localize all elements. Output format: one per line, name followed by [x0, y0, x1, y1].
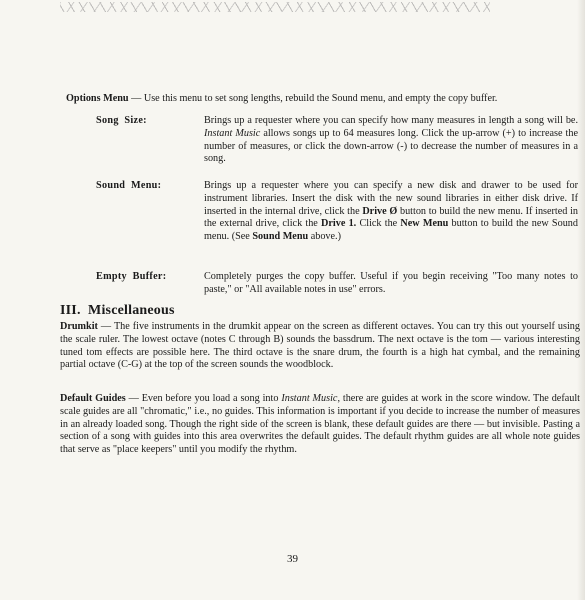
text-segment: New Menu	[400, 218, 448, 229]
definition-term: Sound Menu:	[96, 180, 161, 193]
text-segment: Instant Music	[204, 128, 260, 139]
definition-description: Completely purges the copy buffer. Usefu…	[204, 271, 578, 297]
options-menu-dash: —	[129, 93, 144, 104]
halftone-decoration	[60, 2, 490, 12]
page-number: 39	[0, 553, 585, 565]
paragraph-drumkit: Drumkit — The five instruments in the dr…	[60, 321, 580, 372]
paragraph-lead: Drumkit	[60, 321, 98, 332]
text-segment: allows songs up to 64 measures long. Cli…	[204, 128, 578, 165]
options-menu-description: Use this menu to set song lengths, rebui…	[144, 93, 498, 104]
text-segment: Drive Ø	[362, 206, 397, 217]
text-segment: Click the	[356, 218, 400, 229]
text-segment: Brings up a requester where you can spec…	[204, 115, 578, 126]
definition-description: Brings up a requester where you can spec…	[204, 180, 578, 244]
page-edge-shadow	[577, 0, 585, 600]
text-segment: — Even before you load a song into	[126, 393, 282, 404]
definition-term: Song Size:	[96, 115, 147, 128]
paragraph-body: — The five instruments in the drumkit ap…	[60, 321, 580, 370]
text-segment: above.)	[308, 231, 341, 242]
definition-description: Brings up a requester where you can spec…	[204, 115, 578, 166]
text-segment: Instant Music	[281, 393, 337, 404]
options-menu-intro: Options Menu — Use this menu to set song…	[66, 92, 581, 105]
paragraph-body: — Even before you load a song into Insta…	[60, 393, 580, 455]
text-segment: Completely purges the copy buffer. Usefu…	[204, 271, 578, 295]
paragraph-lead: Default Guides	[60, 393, 126, 404]
section-title: III. Miscellaneous	[60, 303, 175, 319]
text-segment: Drive 1.	[321, 218, 356, 229]
paragraph-default-guides: Default Guides — Even before you load a …	[60, 393, 580, 457]
options-menu-title: Options Menu	[66, 93, 129, 104]
text-segment: Sound Menu	[252, 231, 308, 242]
definition-term: Empty Buffer:	[96, 271, 166, 284]
text-segment: — The five instruments in the drumkit ap…	[60, 321, 580, 370]
